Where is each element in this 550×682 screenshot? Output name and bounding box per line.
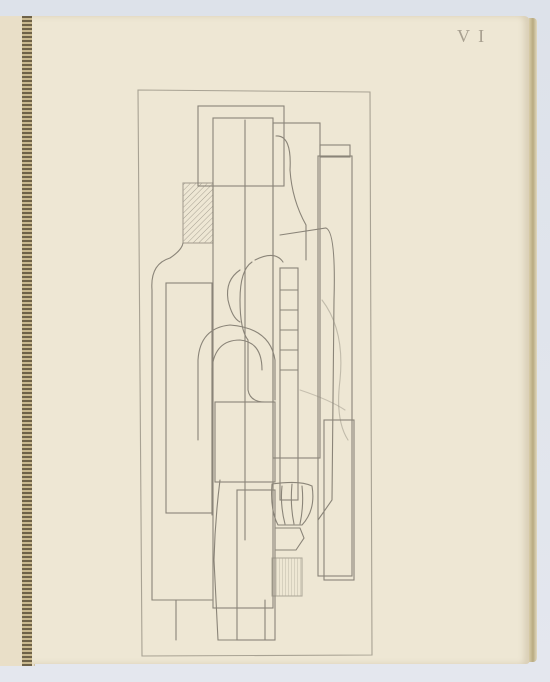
pencil-drawing xyxy=(0,0,550,682)
